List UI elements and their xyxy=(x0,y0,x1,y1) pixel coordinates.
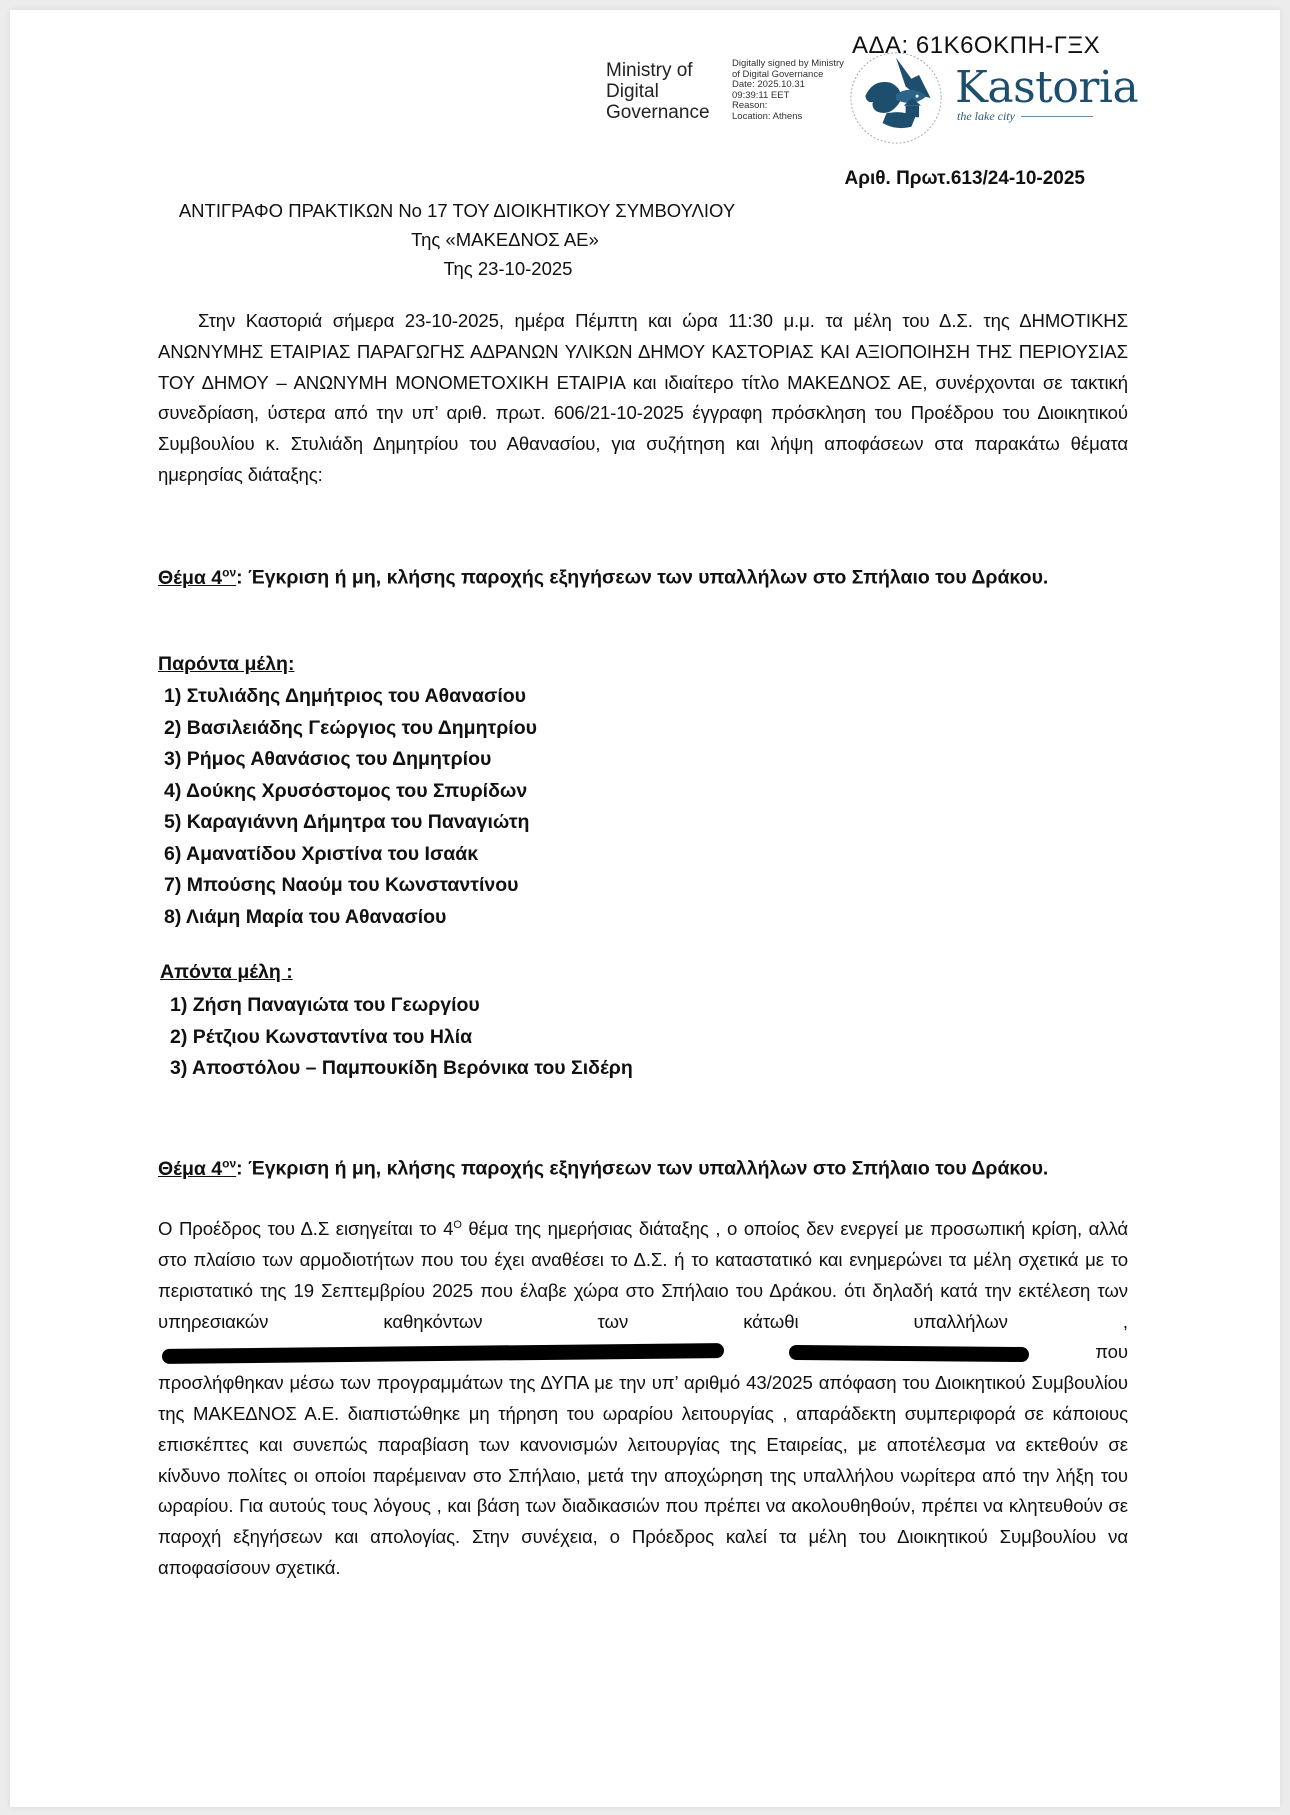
agenda-subject: Θέμα 4ον: Έγκριση ή μη, κλήσης παροχής ε… xyxy=(158,557,1138,594)
list-item: 7) Μπούσης Ναούμ του Κωνσταντίνου xyxy=(164,870,537,902)
ministry-line: Ministry of xyxy=(606,60,710,81)
list-item: 6) Αμανατίδου Χριστίνα του Ισαάκ xyxy=(164,839,537,871)
subject-label-sup: ον xyxy=(222,1156,236,1170)
title-line-2: Της «ΜΑΚΕΔΝΟΣ ΑΕ» xyxy=(0,225,1150,254)
document-title: ΑΝΤΙΓΡΑΦΟ ΠΡΑΚΤΙΚΩΝ Νο 17 ΤΟΥ ΔΙΟΙΚΗΤΙΚΟ… xyxy=(0,196,1290,283)
list-item: 5) Καραγιάννη Δήμητρα του Παναγιώτη xyxy=(164,807,537,839)
tagline-divider xyxy=(1021,116,1093,117)
digital-signature: Digitally signed by Ministry of Digital … xyxy=(732,59,844,123)
subject-label-text: Θέμα 4 xyxy=(158,1158,222,1180)
list-item: 1) Ζήση Παναγιώτα του Γεωργίου xyxy=(170,990,633,1022)
discussion-text-3: που προσλήφθηκαν μέσω των προγραμμάτων τ… xyxy=(158,1341,1128,1578)
list-item: 3) Ρήμος Αθανάσιος του Δημητρίου xyxy=(164,744,537,776)
subject-label: Θέμα 4ον xyxy=(158,1158,236,1180)
signature-line: Location: Athens xyxy=(732,112,844,123)
tagline-text: the lake city xyxy=(957,109,1015,124)
list-item: 8) Λιάμη Μαρία του Αθανασίου xyxy=(164,902,537,934)
list-item: 2) Ρέτζιου Κωνσταντίνα του Ηλία xyxy=(170,1022,633,1054)
agenda-subject-repeat: Θέμα 4ον: Έγκριση ή μη, κλήσης παροχής ε… xyxy=(158,1148,1138,1185)
subject-text: : Έγκριση ή μη, κλήσης παροχής εξηγήσεων… xyxy=(236,1158,1048,1180)
kastoria-seal-icon xyxy=(848,50,944,146)
subject-label: Θέμα 4ον xyxy=(158,567,236,589)
subject-label-text: Θέμα 4 xyxy=(158,567,222,589)
subject-text: : Έγκριση ή μη, κλήσης παροχής εξηγήσεων… xyxy=(236,567,1048,589)
present-members-heading: Παρόντα μέλη: xyxy=(158,653,294,676)
discussion-paragraph: Ο Προέδρος του Δ.Σ εισηγείται το 4Ο θέμα… xyxy=(158,1210,1128,1584)
ada-code: ΑΔΑ: 61Κ6ΟΚΠΗ-ΓΞΧ xyxy=(852,32,1100,60)
redaction-mark xyxy=(162,1343,724,1364)
present-members-list: 1) Στυλιάδης Δημήτριος του Αθανασίου 2) … xyxy=(164,681,537,933)
list-item: 2) Βασιλειάδης Γεώργιος του Δημητρίου xyxy=(164,713,537,745)
protocol-number: Αριθ. Πρωτ.613/24-10-2025 xyxy=(844,168,1085,190)
ministry-line: Digital xyxy=(606,81,710,102)
ministry-label: Ministry of Digital Governance xyxy=(606,60,710,123)
subject-label-sup: ον xyxy=(222,565,236,579)
signature-line: Digitally signed by Ministry xyxy=(732,59,844,70)
absent-members-list: 1) Ζήση Παναγιώτα του Γεωργίου 2) Ρέτζιο… xyxy=(170,990,633,1085)
title-line-1: ΑΝΤΙΓΡΑΦΟ ΠΡΑΚΤΙΚΩΝ Νο 17 ΤΟΥ ΔΙΟΙΚΗΤΙΚΟ… xyxy=(0,196,1102,225)
ministry-line: Governance xyxy=(606,102,710,123)
absent-members-heading: Απόντα μέλη : xyxy=(160,961,293,984)
discussion-text-1: Ο Προέδρος του Δ.Σ εισηγείται το 4 xyxy=(158,1218,453,1239)
intro-paragraph: Στην Καστοριά σήμερα 23-10-2025, ημέρα Π… xyxy=(158,306,1128,491)
redaction-mark xyxy=(789,1345,1029,1362)
discussion-sup: Ο xyxy=(453,1219,461,1231)
kastoria-logo: Kastoria xyxy=(955,62,1138,113)
logo-tagline: the lake city xyxy=(957,109,1093,124)
list-item: 4) Δούκης Χρυσόστομος του Σπυρίδων xyxy=(164,776,537,808)
list-item: 1) Στυλιάδης Δημήτριος του Αθανασίου xyxy=(164,681,537,713)
title-line-3: Της 23-10-2025 xyxy=(0,254,1153,283)
list-item: 3) Αποστόλου – Παμπουκίδη Βερόνικα του Σ… xyxy=(170,1053,633,1085)
